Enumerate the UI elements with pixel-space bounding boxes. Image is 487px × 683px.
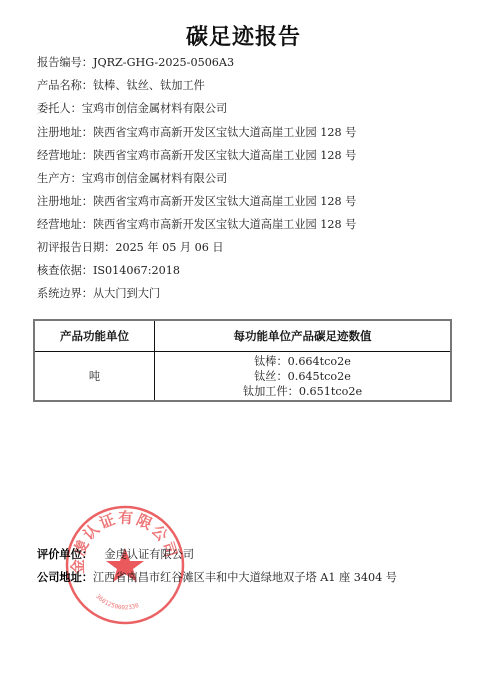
- field-value: IS014067:2018: [93, 264, 180, 277]
- field-value: 陕西省宝鸡市高新开发区宝钛大道高崖工业园 128 号: [93, 218, 356, 231]
- table-row: 吨 钛棒：0.664tco2e 钛丝：0.645tco2e 钛加工件：0.651…: [34, 352, 451, 402]
- field-value: 钛棒、钛丝、钛加工件: [93, 79, 205, 92]
- value-titanium-parts: 钛加工件：0.651tco2e: [156, 384, 449, 399]
- field-producer-registered-address: 注册地址：陕西省宝鸡市高新开发区宝钛大道高崖工业园 128 号: [37, 193, 356, 209]
- evaluator-address-line: 公司地址：江西省南昌市红谷滩区丰和中大道绿地双子塔 A1 座 3404 号: [37, 569, 397, 585]
- field-producer: 生产方：宝鸡市创信金属材料有限公司: [37, 170, 227, 186]
- field-value: 陕西省宝鸡市高新开发区宝钛大道高崖工业园 128 号: [93, 126, 356, 139]
- field-label: 经营地址：: [37, 218, 93, 231]
- field-label: 初评报告日期：: [37, 241, 115, 254]
- field-value: 宝鸡市创信金属材料有限公司: [82, 102, 227, 115]
- value-titanium-rod: 钛棒：0.664tco2e: [156, 354, 449, 369]
- field-label: 系统边界：: [37, 287, 93, 300]
- field-report-date: 初评报告日期：2025 年 05 月 06 日: [37, 239, 224, 255]
- field-label: 注册地址：: [37, 126, 93, 139]
- field-label: 核查依据：: [37, 264, 93, 277]
- evaluator-label: 评价单位：: [37, 548, 93, 561]
- address-value: 江西省南昌市红谷滩区丰和中大道绿地双子塔 A1 座 3404 号: [93, 571, 397, 584]
- field-label: 委托人：: [37, 102, 82, 115]
- evaluator-value: 金虔认证有限公司: [105, 548, 195, 561]
- svg-text:3601250002330: 3601250002330: [94, 593, 140, 611]
- seal-number: 3601250002330: [94, 593, 140, 611]
- header-footprint-value: 每功能单位产品碳足迹数值: [155, 320, 452, 352]
- field-value: 2025 年 05 月 06 日: [115, 241, 223, 254]
- field-verification-basis: 核查依据：IS014067:2018: [37, 262, 180, 278]
- address-label: 公司地址：: [37, 571, 93, 584]
- field-producer-business-address: 经营地址：陕西省宝鸡市高新开发区宝钛大道高崖工业园 128 号: [37, 216, 356, 232]
- field-system-boundary: 系统边界：从大门到大门: [37, 285, 160, 301]
- field-value: 宝鸡市创信金属材料有限公司: [82, 172, 227, 185]
- field-value: 从大门到大门: [93, 287, 160, 300]
- field-label: 报告编号：: [37, 56, 93, 69]
- company-seal-icon: 金虔认证有限公司 3601250002330: [64, 504, 186, 626]
- field-product-name: 产品名称：钛棒、钛丝、钛加工件: [37, 77, 205, 93]
- field-label: 生产方：: [37, 172, 82, 185]
- value-titanium-wire: 钛丝：0.645tco2e: [156, 369, 449, 384]
- cell-unit: 吨: [34, 352, 155, 402]
- field-client: 委托人：宝鸡市创信金属材料有限公司: [37, 100, 227, 116]
- cell-values: 钛棒：0.664tco2e 钛丝：0.645tco2e 钛加工件：0.651tc…: [155, 352, 452, 402]
- carbon-footprint-table: 产品功能单位 每功能单位产品碳足迹数值 吨 钛棒：0.664tco2e 钛丝：0…: [33, 319, 452, 402]
- field-client-business-address: 经营地址：陕西省宝鸡市高新开发区宝钛大道高崖工业园 128 号: [37, 147, 356, 163]
- field-label: 产品名称：: [37, 79, 93, 92]
- field-report-number: 报告编号：JQRZ-GHG-2025-0506A3: [37, 54, 234, 70]
- report-title: 碳足迹报告: [0, 20, 487, 51]
- field-value: 陕西省宝鸡市高新开发区宝钛大道高崖工业园 128 号: [93, 149, 356, 162]
- header-functional-unit: 产品功能单位: [34, 320, 155, 352]
- field-label: 经营地址：: [37, 149, 93, 162]
- table-header-row: 产品功能单位 每功能单位产品碳足迹数值: [34, 320, 451, 352]
- field-value: JQRZ-GHG-2025-0506A3: [93, 56, 234, 69]
- field-label: 注册地址：: [37, 195, 93, 208]
- field-client-registered-address: 注册地址：陕西省宝鸡市高新开发区宝钛大道高崖工业园 128 号: [37, 124, 356, 140]
- field-value: 陕西省宝鸡市高新开发区宝钛大道高崖工业园 128 号: [93, 195, 356, 208]
- evaluator-line: 评价单位： 金虔认证有限公司: [37, 546, 194, 562]
